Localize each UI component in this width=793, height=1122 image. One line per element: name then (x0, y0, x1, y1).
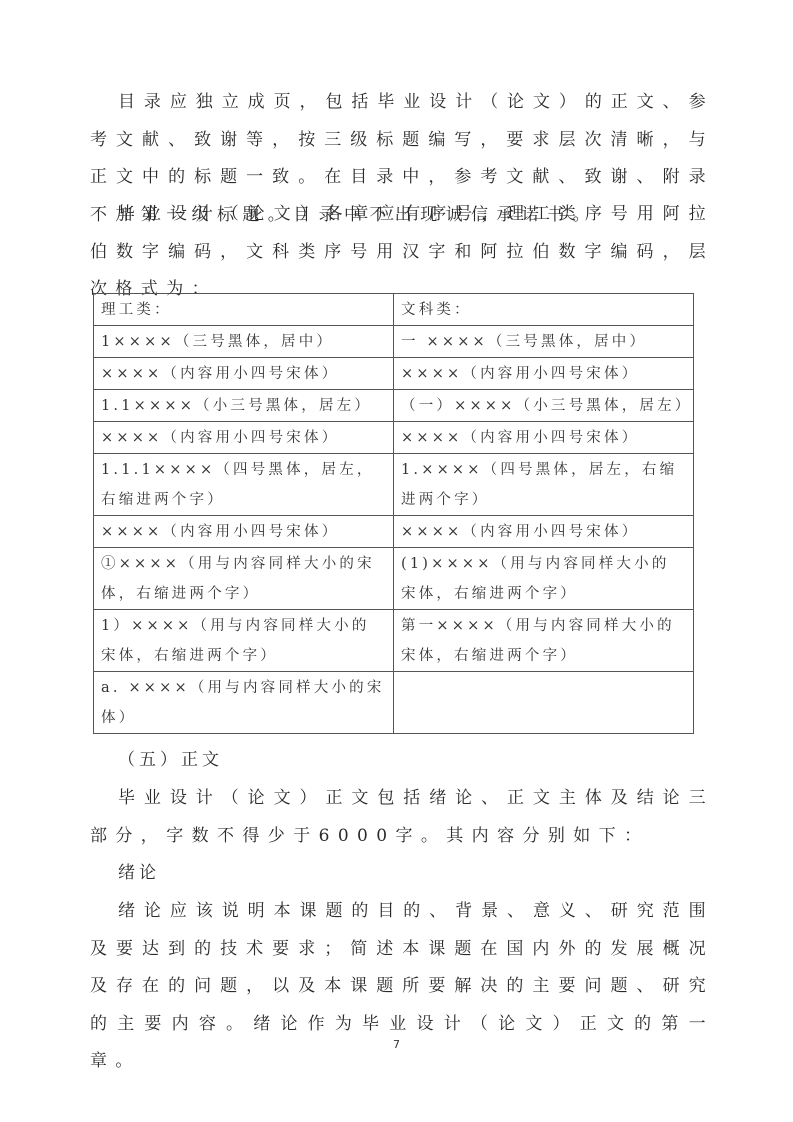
table-cell: ①××××（用与内容同样大小的宋体，右缩进两个字） (94, 548, 394, 610)
table-cell: 一 ××××（三号黑体，居中） (394, 326, 694, 358)
table-cell: 第一××××（用与内容同样大小的宋体，右缩进两个字） (394, 610, 694, 672)
table-cell: （一）××××（小三号黑体，居左） (394, 390, 694, 422)
table-row: ①××××（用与内容同样大小的宋体，右缩进两个字） (1)××××（用与内容同样… (94, 548, 694, 610)
table-cell: ××××（内容用小四号宋体） (394, 422, 694, 454)
table-row: ××××（内容用小四号宋体） ××××（内容用小四号宋体） (94, 516, 694, 548)
main-body-paragraph: 毕业设计（论文）正文包括绪论、正文主体及结论三部分，字数不得少于6000字。其内… (90, 780, 714, 855)
table-cell: ××××（内容用小四号宋体） (94, 422, 394, 454)
table-row: 1）××××（用与内容同样大小的宋体，右缩进两个字） 第一××××（用与内容同样… (94, 610, 694, 672)
table-row: 1××××（三号黑体，居中） 一 ××××（三号黑体，居中） (94, 326, 694, 358)
table-row: ××××（内容用小四号宋体） ××××（内容用小四号宋体） (94, 422, 694, 454)
document-page: 目录应独立成页，包括毕业设计（论文）的正文、参考文献、致谢等，按三级标题编写，要… (0, 0, 793, 1122)
table-cell: 1）××××（用与内容同样大小的宋体，右缩进两个字） (94, 610, 394, 672)
table-cell (394, 672, 694, 734)
introduction-paragraph: 绪论应该说明本课题的目的、背景、意义、研究范围及要达到的技术要求；简述本课题在国… (90, 893, 714, 1081)
table-cell: ××××（内容用小四号宋体） (94, 358, 394, 390)
table-row: a. ××××（用与内容同样大小的宋体） (94, 672, 694, 734)
chapter-numbering-paragraph: 毕业设计（论文）各章应有序号，理工类序号用阿拉伯数字编码，文科类序号用汉字和阿拉… (90, 196, 714, 309)
table-header-row: 理工类： 文科类： (94, 294, 694, 326)
subheading-introduction: 绪论 (118, 855, 160, 892)
table-row: 1.1××××（小三号黑体，居左） （一）××××（小三号黑体，居左） (94, 390, 694, 422)
table-cell: 1.××××（四号黑体，居左，右缩进两个字） (394, 454, 694, 516)
table-cell: 1××××（三号黑体，居中） (94, 326, 394, 358)
header-science-engineering: 理工类： (94, 294, 394, 326)
table-row: 1.1.1××××（四号黑体，居左，右缩进两个字） 1.××××（四号黑体，居左… (94, 454, 694, 516)
table-cell: ××××（内容用小四号宋体） (394, 358, 694, 390)
table-cell: (1)××××（用与内容同样大小的宋体，右缩进两个字） (394, 548, 694, 610)
table-row: ××××（内容用小四号宋体） ××××（内容用小四号宋体） (94, 358, 694, 390)
table-cell: 1.1××××（小三号黑体，居左） (94, 390, 394, 422)
section-heading: （五）正文 (118, 742, 223, 779)
table-cell: ××××（内容用小四号宋体） (394, 516, 694, 548)
table-cell: a. ××××（用与内容同样大小的宋体） (94, 672, 394, 734)
heading-format-table: 理工类： 文科类： 1××××（三号黑体，居中） 一 ××××（三号黑体，居中）… (93, 293, 694, 734)
header-liberal-arts: 文科类： (394, 294, 694, 326)
table-cell: ××××（内容用小四号宋体） (94, 516, 394, 548)
page-number: 7 (0, 1038, 793, 1051)
table-cell: 1.1.1××××（四号黑体，居左，右缩进两个字） (94, 454, 394, 516)
